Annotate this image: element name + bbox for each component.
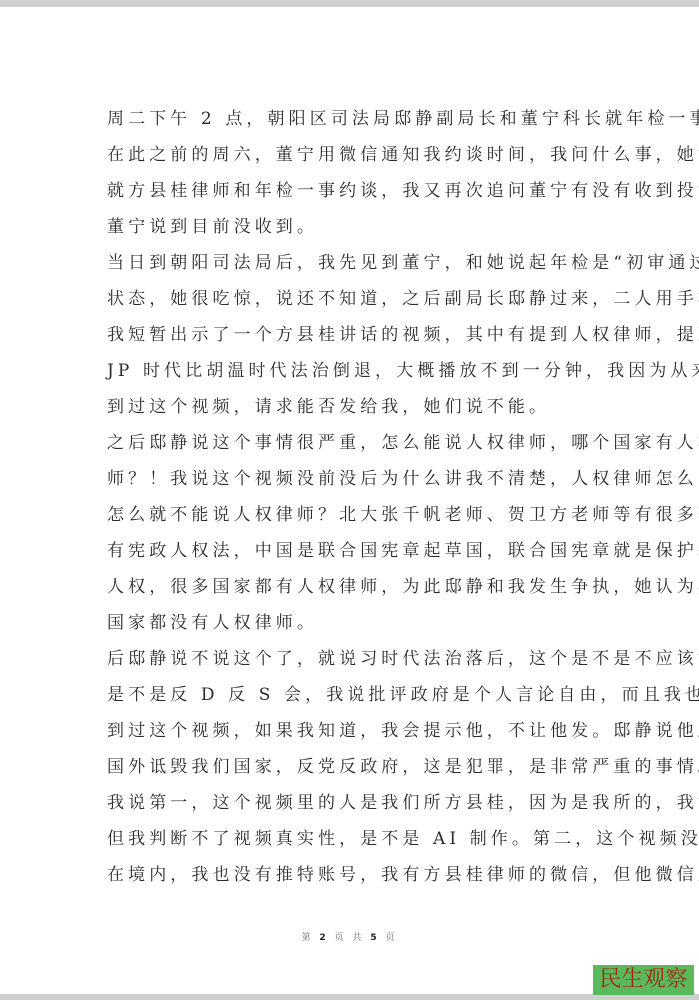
text-line: 在境内，我也没有推特账号，我有方县桂律师的微信，但他微信里什: [107, 857, 599, 893]
footer-suffix: 页: [385, 933, 397, 943]
document-body: 周二下午 2 点，朝阳区司法局邸静副局长和董宁科长就年检一事约谈， 在此之前的周…: [107, 101, 599, 893]
text-line: 但我判断不了视频真实性，是不是 AI 制作。第二，这个视频没有发: [107, 821, 599, 857]
text-line: 周二下午 2 点，朝阳区司法局邸静副局长和董宁科长就年检一事约谈，: [107, 101, 599, 137]
text-line: 当日到朝阳司法局后，我先见到董宁，和她说起年检是“初审通过”: [107, 245, 599, 281]
text-line: 是不是反 D 反 S 会，我说批评政府是个人言论自由，而且我也没有看: [107, 677, 599, 713]
text-line: 到过这个视频，如果我知道，我会提示他，不让他发。邸静说他跑到: [107, 713, 599, 749]
text-line: 我说第一，这个视频里的人是我们所方县桂，因为是我所的，我认识，: [107, 785, 599, 821]
viewer-top-border: [0, 0, 699, 7]
page-number-footer: 第 2 页 共 5 页: [0, 930, 699, 943]
text-line: 董宁说到目前没收到。: [107, 209, 599, 245]
footer-middle: 页 共: [335, 933, 365, 943]
text-line: 人权，很多国家都有人权律师，为此邸静和我发生争执，她认为其他: [107, 569, 599, 605]
text-line: 我短暂出示了一个方县桂讲话的视频，其中有提到人权律师，提到习: [107, 317, 599, 353]
watermark-logo: 民生观察: [593, 965, 694, 995]
text-line: 怎么就不能说人权律师？北大张千帆老师、贺卫方老师等有很多著作，: [107, 497, 599, 533]
total-pages-number: 5: [370, 933, 379, 943]
text-line: 到过这个视频，请求能否发给我，她们说不能。: [107, 389, 599, 425]
text-line: 状态，她很吃惊，说还不知道，之后副局长邸静过来，二人用手机给: [107, 281, 599, 317]
text-line: 就方县桂律师和年检一事约谈，我又再次追问董宁有没有收到投诉，: [107, 173, 599, 209]
text-line: 在此之前的周六，董宁用微信通知我约谈时间，我问什么事，她说是: [107, 137, 599, 173]
text-line: 国外诋毁我们国家，反党反政府，这是犯罪，是非常严重的事情。: [107, 749, 599, 785]
current-page-number: 2: [319, 933, 328, 943]
text-line: 国家都没有人权律师。: [107, 605, 599, 641]
text-line: 师？！我说这个视频没前没后为什么讲我不清楚，人权律师怎么了？: [107, 461, 599, 497]
text-line: JP 时代比胡温时代法治倒退，大概播放不到一分钟，我因为从来没看: [107, 353, 599, 389]
footer-prefix: 第: [302, 933, 314, 943]
text-line: 有宪政人权法，中国是联合国宪章起草国，联合国宪章就是保护基本: [107, 533, 599, 569]
text-line: 之后邸静说这个事情很严重，怎么能说人权律师，哪个国家有人权律: [107, 425, 599, 461]
document-page: 周二下午 2 点，朝阳区司法局邸静副局长和董宁科长就年检一事约谈， 在此之前的周…: [0, 7, 699, 994]
text-line: 后邸静说不说这个了，就说习时代法治落后，这个是不是不应该说，: [107, 641, 599, 677]
